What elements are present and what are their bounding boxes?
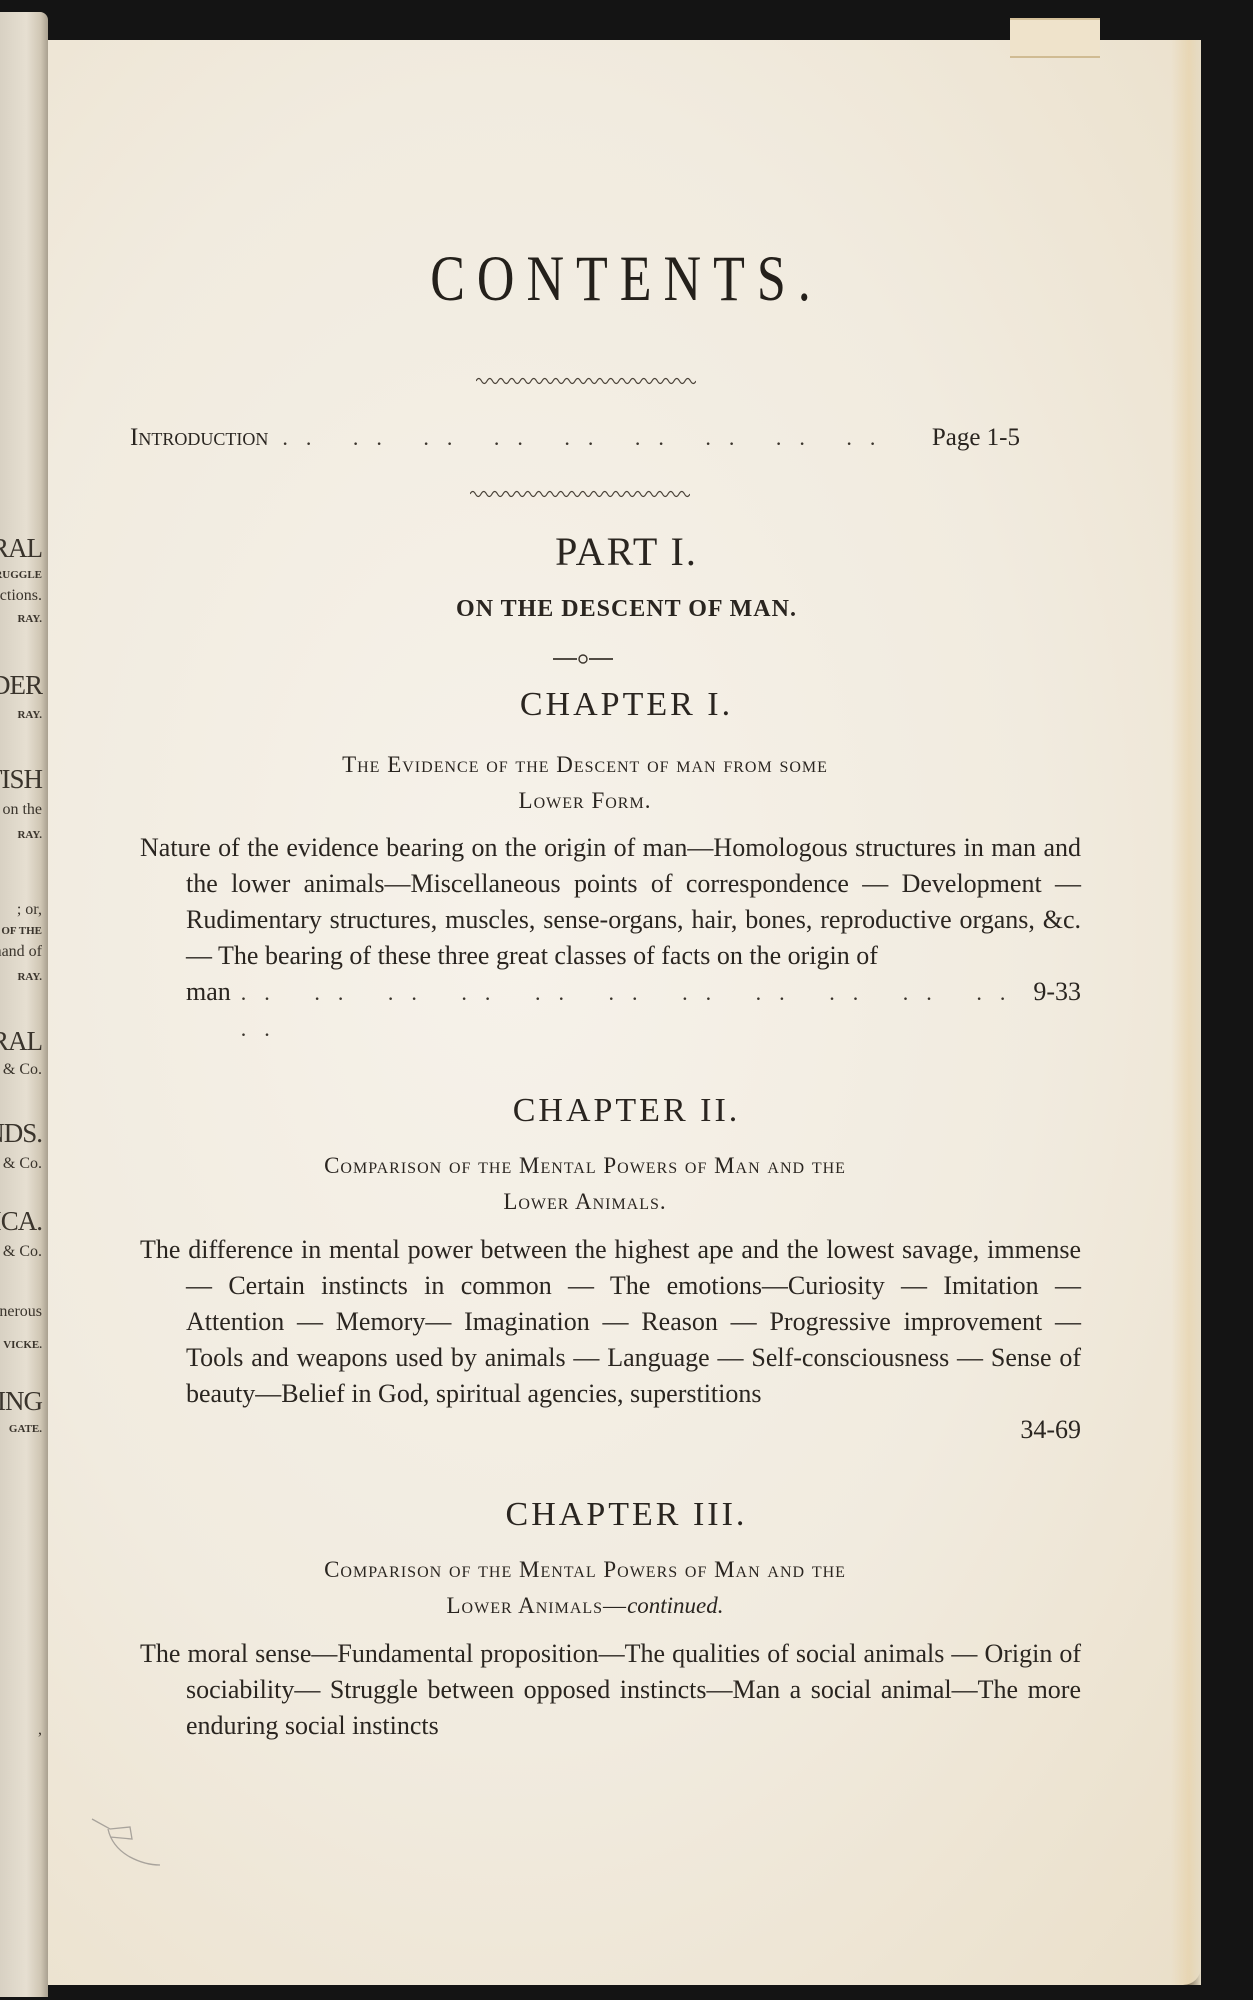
chapter-1-page-range: 9-33 [1033,974,1081,1010]
dot-leaders: .. .. .. .. .. .. .. .. .. [282,425,918,451]
facing-page-text-fragment: ORAL [0,1028,42,1055]
chapter-2-page-range: 34-69 [186,1412,1081,1448]
paper-tab [1010,18,1100,58]
facing-page-text-fragment: VICKE. [3,1340,42,1351]
facing-page-text-fragment: GATE. [9,1424,42,1435]
facing-page-text-fragment: & Co. [3,1062,42,1078]
toc-page-number: Page 1-5 [932,424,1020,452]
chapter-3-subtitle-line1: Comparison of the Mental Powers of Man a… [150,1552,1020,1588]
facing-page-text-fragment: & Co. [3,1156,42,1172]
facing-page-text-fragment: RICA. [0,1208,42,1235]
chapter-1-subtitle: The Evidence of the Descent of man from … [150,747,1020,819]
chapter-3-heading[interactable]: CHAPTER III. [0,1496,1253,1534]
facing-page-text-fragment: RAY. [17,830,42,841]
facing-page-text-fragment: & Co. [3,1244,42,1260]
part-heading: PART I. [0,528,1253,575]
chapter-3-subtitle: Comparison of the Mental Powers of Man a… [150,1552,1020,1624]
page-fore-edge [1171,40,1201,1985]
toc-entry-label: Introduction [130,424,268,452]
chapter-1-summary: Nature of the evidence bearing on the or… [140,830,1081,1047]
chapter-3-subtitle-line2-text: Lower Animals— [446,1593,627,1618]
facing-page-text-fragment: TISH [0,766,42,793]
chapter-3-summary-text: The moral sense—Fundamental proposition—… [140,1639,1081,1740]
chapter-1-subtitle-line2: Lower Form. [150,783,1020,819]
pencil-annotation-mark [90,1817,170,1872]
chapter-2-summary-text: The difference in mental power between t… [140,1235,1081,1408]
facing-page-text-fragment: nand of [0,944,42,960]
chapter-2-subtitle-line2: Lower Animals. [150,1184,1020,1220]
chapter-1-subtitle-line1: The Evidence of the Descent of man from … [150,747,1020,783]
chapter-1-heading[interactable]: CHAPTER I. [0,686,1253,724]
facing-page-text-fragment: on the [2,802,42,818]
page-title: CONTENTS. [0,243,1253,317]
wavy-rule-divider [476,376,696,386]
chapter-2-heading[interactable]: CHAPTER II. [0,1092,1253,1130]
toc-entry-introduction[interactable]: Introduction .. .. .. .. .. .. .. .. .. … [130,424,1020,452]
chapter-3-summary: The moral sense—Fundamental proposition—… [140,1636,1081,1744]
dot-leaders: .. .. .. .. .. .. .. .. .. .. .. .. [241,975,1024,1047]
wavy-rule-divider [470,489,690,499]
circle-rule-ornament [553,652,613,664]
chapter-1-summary-text: Nature of the evidence bearing on the or… [140,833,1081,970]
facing-page-text-fragment: , [38,1722,42,1738]
chapter-3-subtitle-line2: Lower Animals—continued. [150,1588,1020,1624]
part-subtitle: ON THE DESCENT OF MAN. [0,596,1253,623]
chapter-2-subtitle-line1: Comparison of the Mental Powers of Man a… [150,1148,1020,1184]
facing-page-text-fragment: nerous [0,1304,42,1320]
facing-page-text-fragment: ; or, [17,902,42,918]
chapter-3-subtitle-italic: continued. [627,1593,723,1618]
chapter-2-summary: The difference in mental power between t… [140,1232,1081,1448]
facing-page-text-fragment: BING [0,1388,42,1415]
chapter-1-last-word: man [186,974,231,1010]
facing-page-text-fragment: OF THE [1,926,42,937]
chapter-2-subtitle: Comparison of the Mental Powers of Man a… [150,1148,1020,1220]
facing-page-text-fragment: RAY. [17,972,42,983]
chapter-1-last-line: man .. .. .. .. .. .. .. .. .. .. .. .. … [186,974,1081,1047]
